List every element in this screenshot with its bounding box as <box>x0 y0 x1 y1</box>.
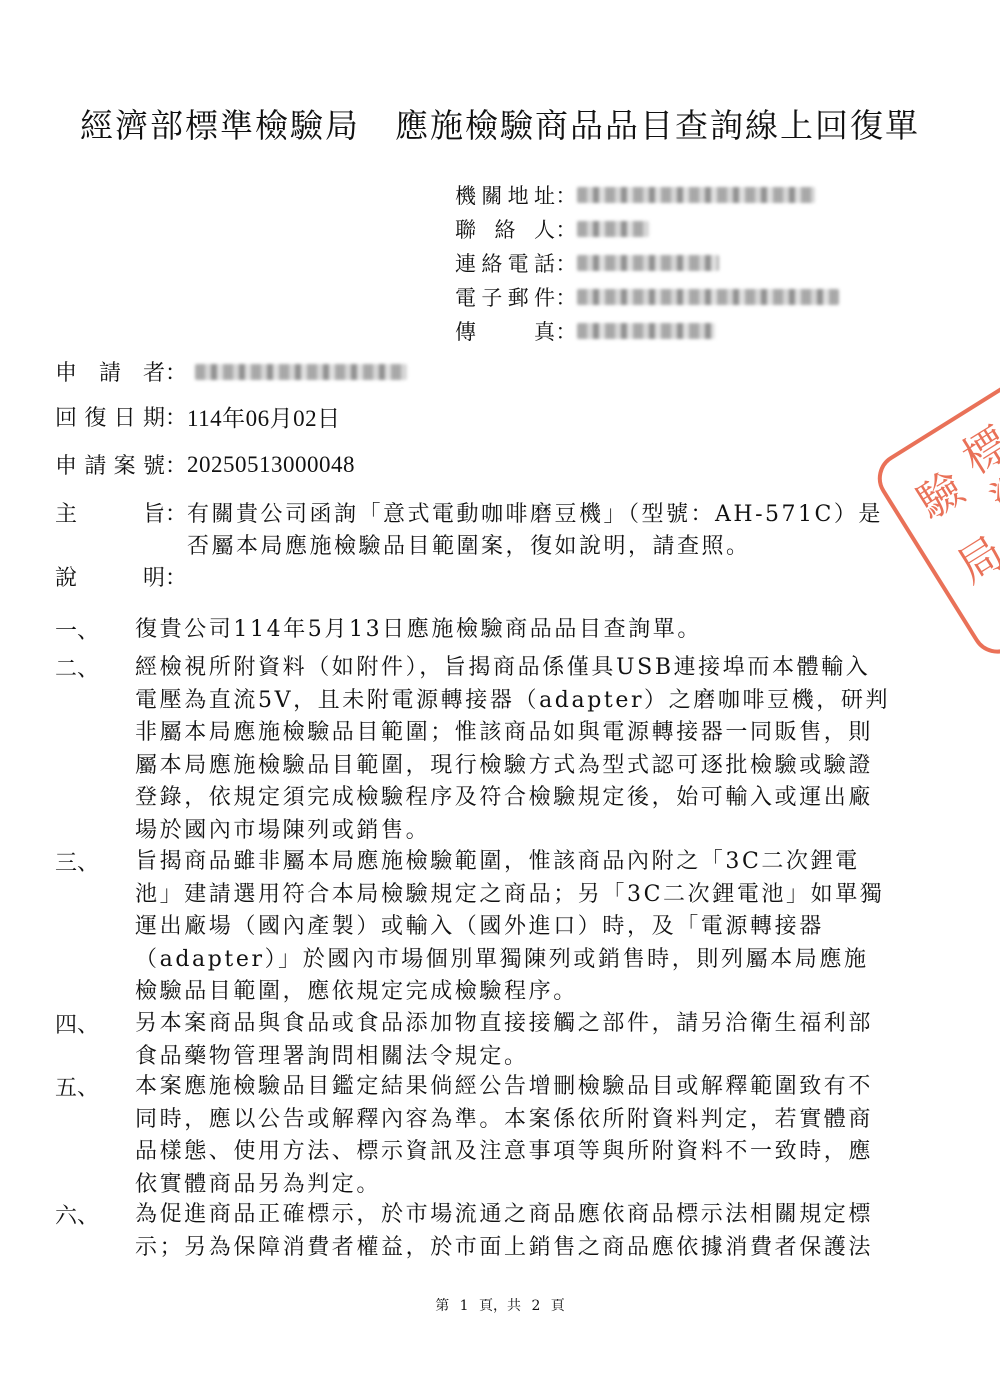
redacted-email <box>577 289 839 305</box>
reply-date: 114年06月02日 <box>187 400 341 433</box>
case-number-row: 申請案號 ： 20250513000048 <box>55 449 355 480</box>
contact-phone: 連絡電話 ： <box>455 246 839 280</box>
contact-email: 電子郵件 ： <box>455 280 839 314</box>
subject-section: 主旨 ： 有關貴公司函詢「意式電動咖啡磨豆機」（型號：AH-571C）是 否屬本… <box>55 496 883 592</box>
contact-label: 機關地址 <box>455 180 555 210</box>
contact-address: 機關地址 ： <box>455 178 839 212</box>
redacted-address <box>577 187 815 203</box>
page-title: 經濟部標準檢驗局 應施檢驗商品品目查詢線上回復單 <box>0 100 1000 147</box>
contact-label: 聯絡人 <box>455 214 555 244</box>
redacted-phone <box>577 255 719 271</box>
explanation-heading: 說明 ： <box>55 560 883 592</box>
contact-person: 聯絡人 ： <box>455 212 839 246</box>
contact-label: 連絡電話 <box>455 248 555 278</box>
contact-label: 電子郵件 <box>455 282 555 312</box>
explanation-label: 說明 <box>55 561 165 592</box>
subject-line: 否屬本局應施檢驗品目範圍案，復如說明，請查照。 <box>187 529 751 560</box>
reply-date-row: 回復日期 ： 114年06月02日 <box>55 400 341 433</box>
agency-contact-block: 機關地址 ： 聯絡人 ： 連絡電話 ： 電子郵件 ： <box>455 178 839 348</box>
contact-fax: 傳真 ： <box>455 314 839 348</box>
page-number: 第 1 頁，共 2 頁 <box>0 1295 1000 1315</box>
subject-label: 主旨 <box>55 497 165 528</box>
applicant-row: 申請者 ： <box>55 356 407 387</box>
case-number: 20250513000048 <box>187 452 355 478</box>
redacted-fax <box>577 323 715 339</box>
redacted-applicant <box>195 364 407 380</box>
subject-line: 有關貴公司函詢「意式電動咖啡磨豆機」（型號：AH-571C）是 <box>187 497 883 528</box>
redacted-contact-person <box>577 221 649 237</box>
document-page: 經濟部標準檢驗局 應施檢驗商品品目查詢線上回復單 機關地址 ： 聯絡人 ： 連絡… <box>0 0 1000 1400</box>
contact-label: 傳真 <box>455 316 555 346</box>
